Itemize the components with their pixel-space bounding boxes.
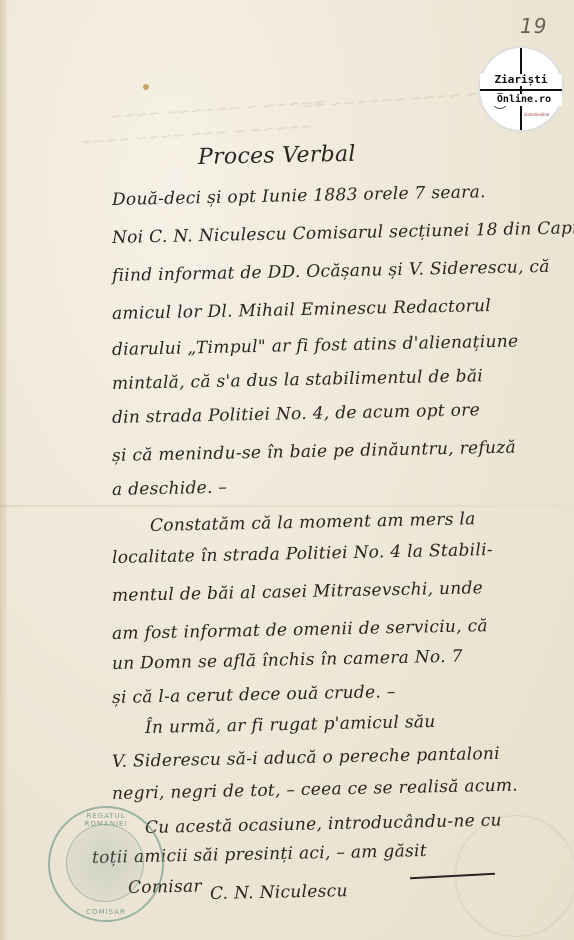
text-line: un Domn se află închis în camera No. 7 bbox=[112, 647, 463, 674]
text-line: Constatăm că la moment am mers la bbox=[150, 509, 476, 536]
folio-number: 19 bbox=[520, 14, 547, 38]
faint-stamp-impression bbox=[455, 815, 574, 937]
crosshair-horizontal bbox=[480, 89, 562, 91]
document-page: ~~~ ~~~~ ~~~~~~ ~~ ~~~~~ ~ ~~~~~~ ~~~~ ~… bbox=[0, 0, 574, 940]
text-line: din strada Politiei No. 4, de acum opt o… bbox=[112, 400, 480, 428]
page-edge bbox=[0, 0, 7, 940]
text-line: Noi C. N. Niculescu Comisarul secțiunei … bbox=[112, 218, 574, 248]
text-line: fiind informat de DD. Ocășanu și V. Side… bbox=[112, 257, 550, 286]
paper-fold bbox=[0, 505, 574, 507]
text-line: mentul de băi al casei Mitrasevschi, und… bbox=[112, 578, 483, 606]
text-line: V. Siderescu să-i aducă o pereche pantal… bbox=[112, 744, 500, 772]
text-line: diarului „Timpul" ar fi fost atins d'ali… bbox=[112, 331, 519, 360]
text-line: Două-deci și opt Iunie 1883 orele 7 sear… bbox=[112, 182, 486, 210]
text-line: negri, negri de tot, – ceea ce se realis… bbox=[112, 775, 518, 804]
text-line: am fost informat de omenii de serviciu, … bbox=[112, 616, 488, 644]
text-line: amicul lor Dl. Mihail Eminescu Redactoru… bbox=[112, 296, 491, 324]
signature-name: C. N. Niculescu bbox=[210, 881, 348, 904]
coat-of-arms-icon bbox=[66, 824, 144, 902]
watermark-tagline: ziaristionline bbox=[524, 112, 549, 117]
text-line: și că l-a cerut dece ouă crude. – bbox=[112, 682, 396, 708]
text-line: și că menindu-se în baie pe dinăuntru, r… bbox=[112, 438, 516, 466]
watermark-line1: Ziariști bbox=[480, 74, 562, 86]
paper-stain bbox=[143, 84, 149, 90]
text-line: a deschide. – bbox=[112, 478, 228, 500]
document-title: Proces Verbal bbox=[198, 142, 356, 170]
text-line: În urmă, ar fi rugat p'amicul său bbox=[145, 712, 436, 738]
text-line: Cu acestă ocasiune, introducându-ne cu bbox=[145, 811, 502, 838]
watermark-line2: Online.ro bbox=[486, 94, 562, 106]
official-seal-stamp: REGATUL ROMANIEI COMISAR bbox=[48, 806, 164, 922]
text-line: localitate în strada Politiei No. 4 la S… bbox=[112, 540, 493, 568]
bleed-through-text: ~~~ ~~~~ ~~~~~~ ~~ bbox=[300, 83, 504, 115]
text-line: mintală, că s'a dus la stabilimentul de … bbox=[112, 366, 483, 394]
watermark-logo: Ziariști Online.ro ziaristionline bbox=[478, 46, 564, 132]
stamp-bottom-text: COMISAR bbox=[64, 908, 148, 916]
